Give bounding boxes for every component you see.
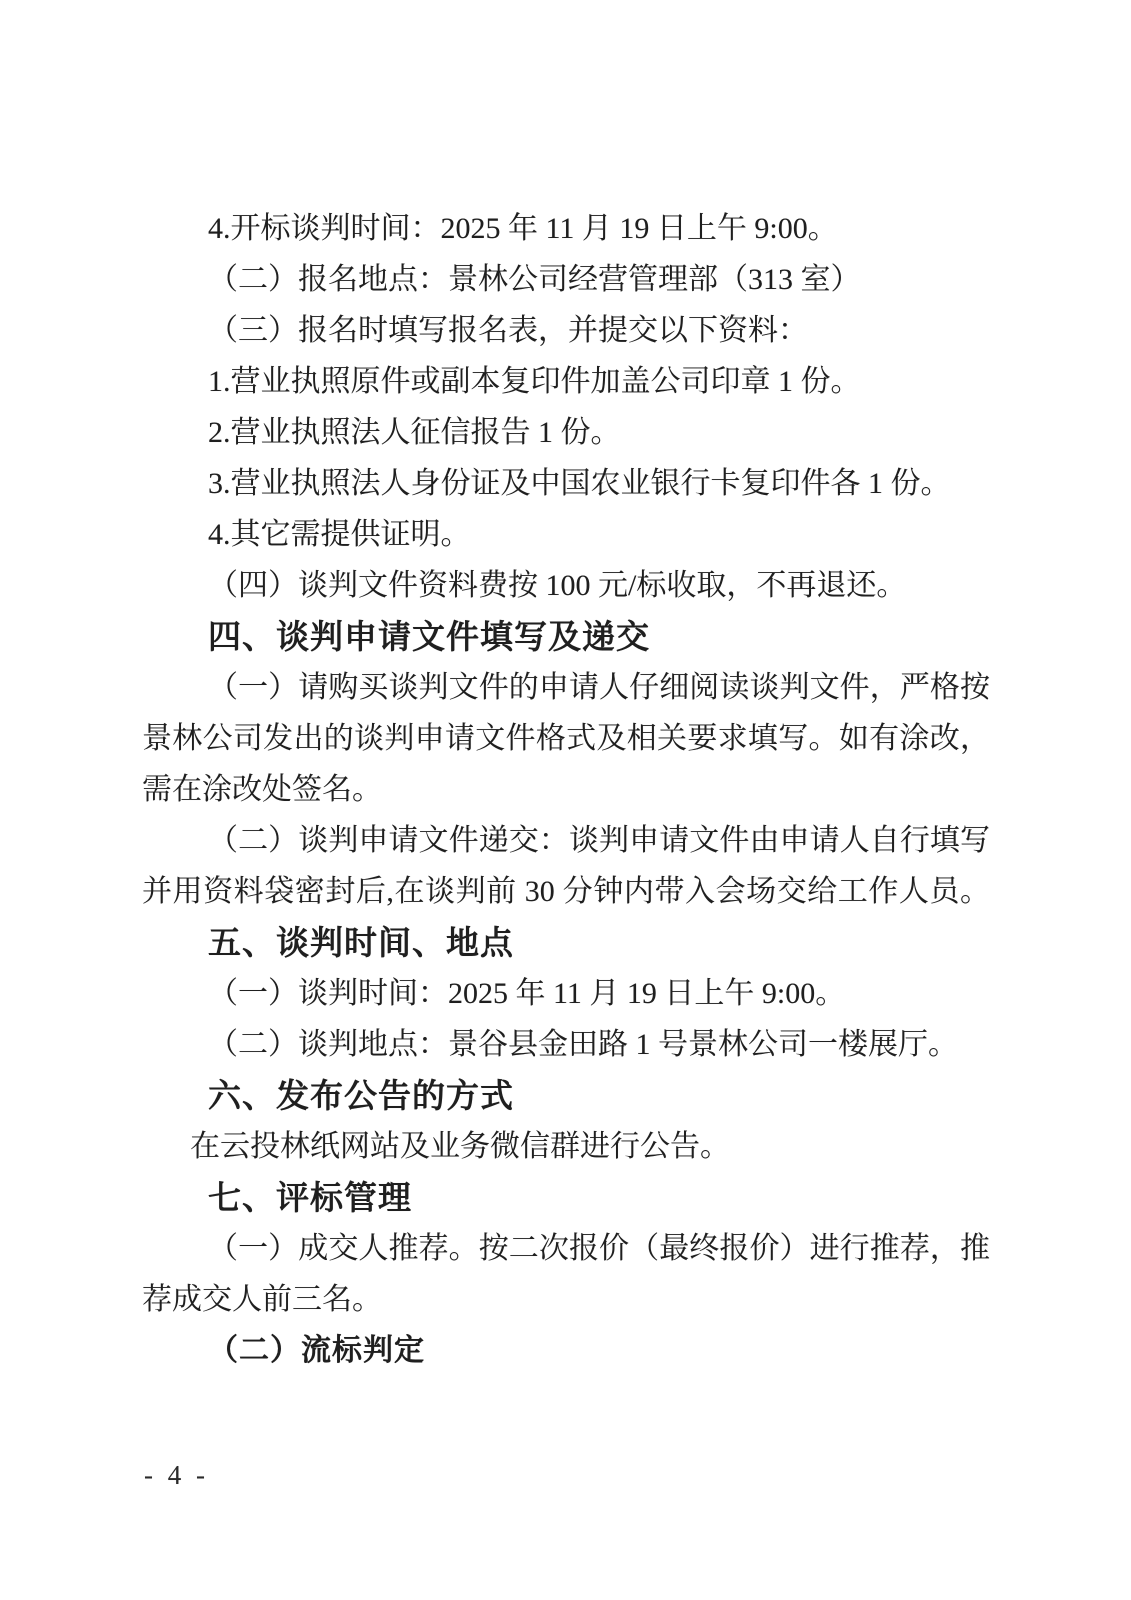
- document-line: （一）谈判时间：2025 年 11 月 19 日上午 9:00。: [142, 968, 990, 1019]
- document-line: 4.开标谈判时间：2025 年 11 月 19 日上午 9:00。: [142, 203, 990, 254]
- document-line: 需在涂改处签名。: [142, 764, 990, 815]
- section-heading-four: 四、谈判申请文件填写及递交: [142, 611, 990, 662]
- section-heading-five: 五、谈判时间、地点: [142, 917, 990, 968]
- document-line: （二）报名地点：景林公司经营管理部（313 室）: [142, 254, 990, 305]
- document-line: 3.营业执照法人身份证及中国农业银行卡复印件各 1 份。: [142, 458, 990, 509]
- document-line: （二）谈判地点：景谷县金田路 1 号景林公司一楼展厅。: [142, 1019, 990, 1070]
- document-line: （四）谈判文件资料费按 100 元/标收取，不再退还。: [142, 560, 990, 611]
- subsection-heading-flow-bid: （二）流标判定: [142, 1325, 990, 1376]
- document-body: 4.开标谈判时间：2025 年 11 月 19 日上午 9:00。 （二）报名地…: [142, 203, 990, 1376]
- section-heading-seven: 七、评标管理: [142, 1172, 990, 1223]
- document-line: （一）请购买谈判文件的申请人仔细阅读谈判文件，严格按: [142, 662, 990, 713]
- document-line: 荐成交人前三名。: [142, 1274, 990, 1325]
- document-line: 2.营业执照法人征信报告 1 份。: [142, 407, 990, 458]
- document-line: （二）谈判申请文件递交：谈判申请文件由申请人自行填写: [142, 815, 990, 866]
- document-line: 景林公司发出的谈判申请文件格式及相关要求填写。如有涂改，: [142, 713, 990, 764]
- document-line: 并用资料袋密封后,在谈判前 30 分钟内带入会场交给工作人员。: [142, 866, 990, 917]
- section-heading-six: 六、发布公告的方式: [142, 1070, 990, 1121]
- document-line: 4.其它需提供证明。: [142, 509, 990, 560]
- document-line: 在云投林纸网站及业务微信群进行公告。: [142, 1121, 990, 1172]
- document-line: （一）成交人推荐。按二次报价（最终报价）进行推荐，推: [142, 1223, 990, 1274]
- document-line: 1.营业执照原件或副本复印件加盖公司印章 1 份。: [142, 356, 990, 407]
- document-page: 4.开标谈判时间：2025 年 11 月 19 日上午 9:00。 （二）报名地…: [0, 0, 1131, 1600]
- document-line: （三）报名时填写报名表，并提交以下资料：: [142, 305, 990, 356]
- page-number: - 4 -: [144, 1460, 209, 1491]
